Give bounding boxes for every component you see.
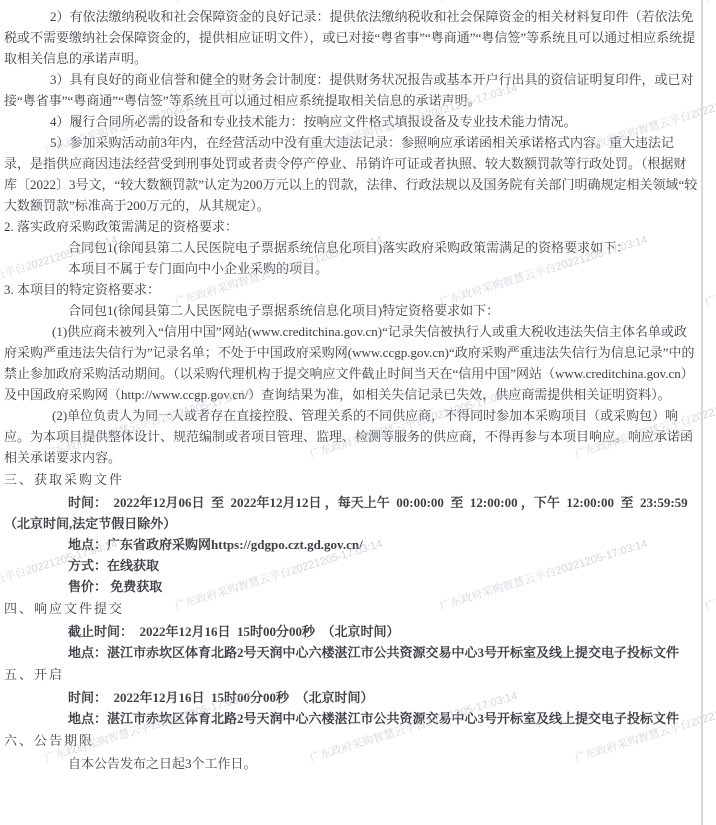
field-obtain-time-label: 时间：: [68, 495, 107, 510]
field-opening-location-label: 地点：: [68, 711, 107, 726]
field-opening-location-value: 湛江市赤坎区体育北路2号天润中心六楼湛江市公共资源交易中心3号开标室及线上提交电…: [107, 711, 679, 726]
para-same-legal-person: (2)单位负责人为同一人或者存在直接控股、管理关系的不同供应商，不得同时参加本采…: [4, 405, 698, 468]
para-package1-policy: 合同包1(徐闻县第二人民医院电子票据系统信息化项目)落实政府采购政策需满足的资格…: [4, 237, 698, 258]
para-tax-social-security: 2）有依法缴纳税收和社会保障资金的良好记录：提供依法缴纳税收和社会保障资金的相关…: [4, 6, 698, 69]
field-obtain-method-value: 在线获取: [107, 558, 159, 573]
document-content: 2）有依法缴纳税收和社会保障资金的良好记录：提供依法缴纳税收和社会保障资金的相关…: [0, 0, 716, 774]
para-equipment-capability: 4）履行合同所必需的设备和专业技术能力：按响应文件格式填报设备及专业技术能力情况…: [4, 111, 698, 132]
field-submission-location: 地点：湛江市赤坎区体育北路2号天润中心六楼湛江市公共资源交易中心3号开标室及线上…: [4, 642, 698, 663]
section-opening: 五、开启: [4, 663, 698, 687]
subhead-specific-qualifications: 3. 本项目的特定资格要求：: [4, 279, 698, 300]
para-package1-specific: 合同包1(徐闻县第二人民医院电子票据系统信息化项目)特定资格要求如下：: [4, 300, 698, 321]
para-not-sme-project: 本项目不属于专门面向中小企业采购的项目。: [4, 258, 698, 279]
field-opening-time-label: 时间：: [68, 690, 107, 705]
field-opening-time-value: 2022年12月16日 15时00分00秒 （北京时间）: [107, 690, 374, 705]
para-credit-china: (1)供应商未被列入“信用中国”网站(www.creditchina.gov.c…: [4, 321, 698, 405]
field-opening-time: 时间： 2022年12月16日 15时00分00秒 （北京时间）: [4, 687, 698, 708]
field-submission-location-value: 湛江市赤坎区体育北路2号天润中心六楼湛江市公共资源交易中心3号开标室及线上提交电…: [107, 645, 679, 660]
field-submission-deadline-label: 截止时间：: [68, 624, 133, 639]
section-obtain-documents: 三、获取采购文件: [4, 468, 698, 492]
field-submission-deadline: 截止时间： 2022年12月16日 15时00分00秒 （北京时间）: [4, 621, 698, 642]
field-obtain-location: 地点：广东省政府采购网https://gdgpo.czt.gd.gov.cn/: [4, 534, 698, 555]
para-announcement-period: 自本公告发布之日起3个工作日。: [4, 753, 698, 774]
para-financial-credit: 3）具有良好的商业信誉和健全的财务会计制度：提供财务状况报告或基本开户行出具的资…: [4, 69, 698, 111]
field-obtain-method: 方式：在线获取: [4, 555, 698, 576]
field-obtain-location-label: 地点：: [68, 537, 107, 552]
document-page: 2）有依法缴纳税收和社会保障资金的良好记录：提供依法缴纳税收和社会保障资金的相关…: [0, 0, 716, 825]
field-obtain-location-value: 广东省政府采购网https://gdgpo.czt.gd.gov.cn/: [107, 537, 363, 552]
field-submission-location-label: 地点：: [68, 645, 107, 660]
subhead-procurement-policy: 2. 落实政府采购政策需满足的资格要求：: [4, 216, 698, 237]
field-obtain-time-value: 2022年12月06日 至 2022年12月12日 ，每天上午 00:00:00…: [4, 495, 688, 531]
page-edge-line: [701, 0, 703, 825]
field-obtain-price: 售价： 免费获取: [4, 576, 698, 597]
field-obtain-time: 时间： 2022年12月06日 至 2022年12月12日 ，每天上午 00:0…: [4, 492, 698, 534]
field-obtain-price-label: 售价：: [68, 579, 107, 594]
section-response-submission: 四、响应文件提交: [4, 597, 698, 621]
field-opening-location: 地点：湛江市赤坎区体育北路2号天润中心六楼湛江市公共资源交易中心3号开标室及线上…: [4, 708, 698, 729]
section-announcement-period: 六、公告期限: [4, 729, 698, 753]
para-no-major-violations: 5）参加采购活动前3年内，在经营活动中没有重大违法记录：参照响应承诺函相关承诺格…: [4, 132, 698, 216]
field-submission-deadline-value: 2022年12月16日 15时00分00秒 （北京时间）: [133, 624, 400, 639]
field-obtain-price-value: 免费获取: [107, 579, 162, 594]
field-obtain-method-label: 方式：: [68, 558, 107, 573]
